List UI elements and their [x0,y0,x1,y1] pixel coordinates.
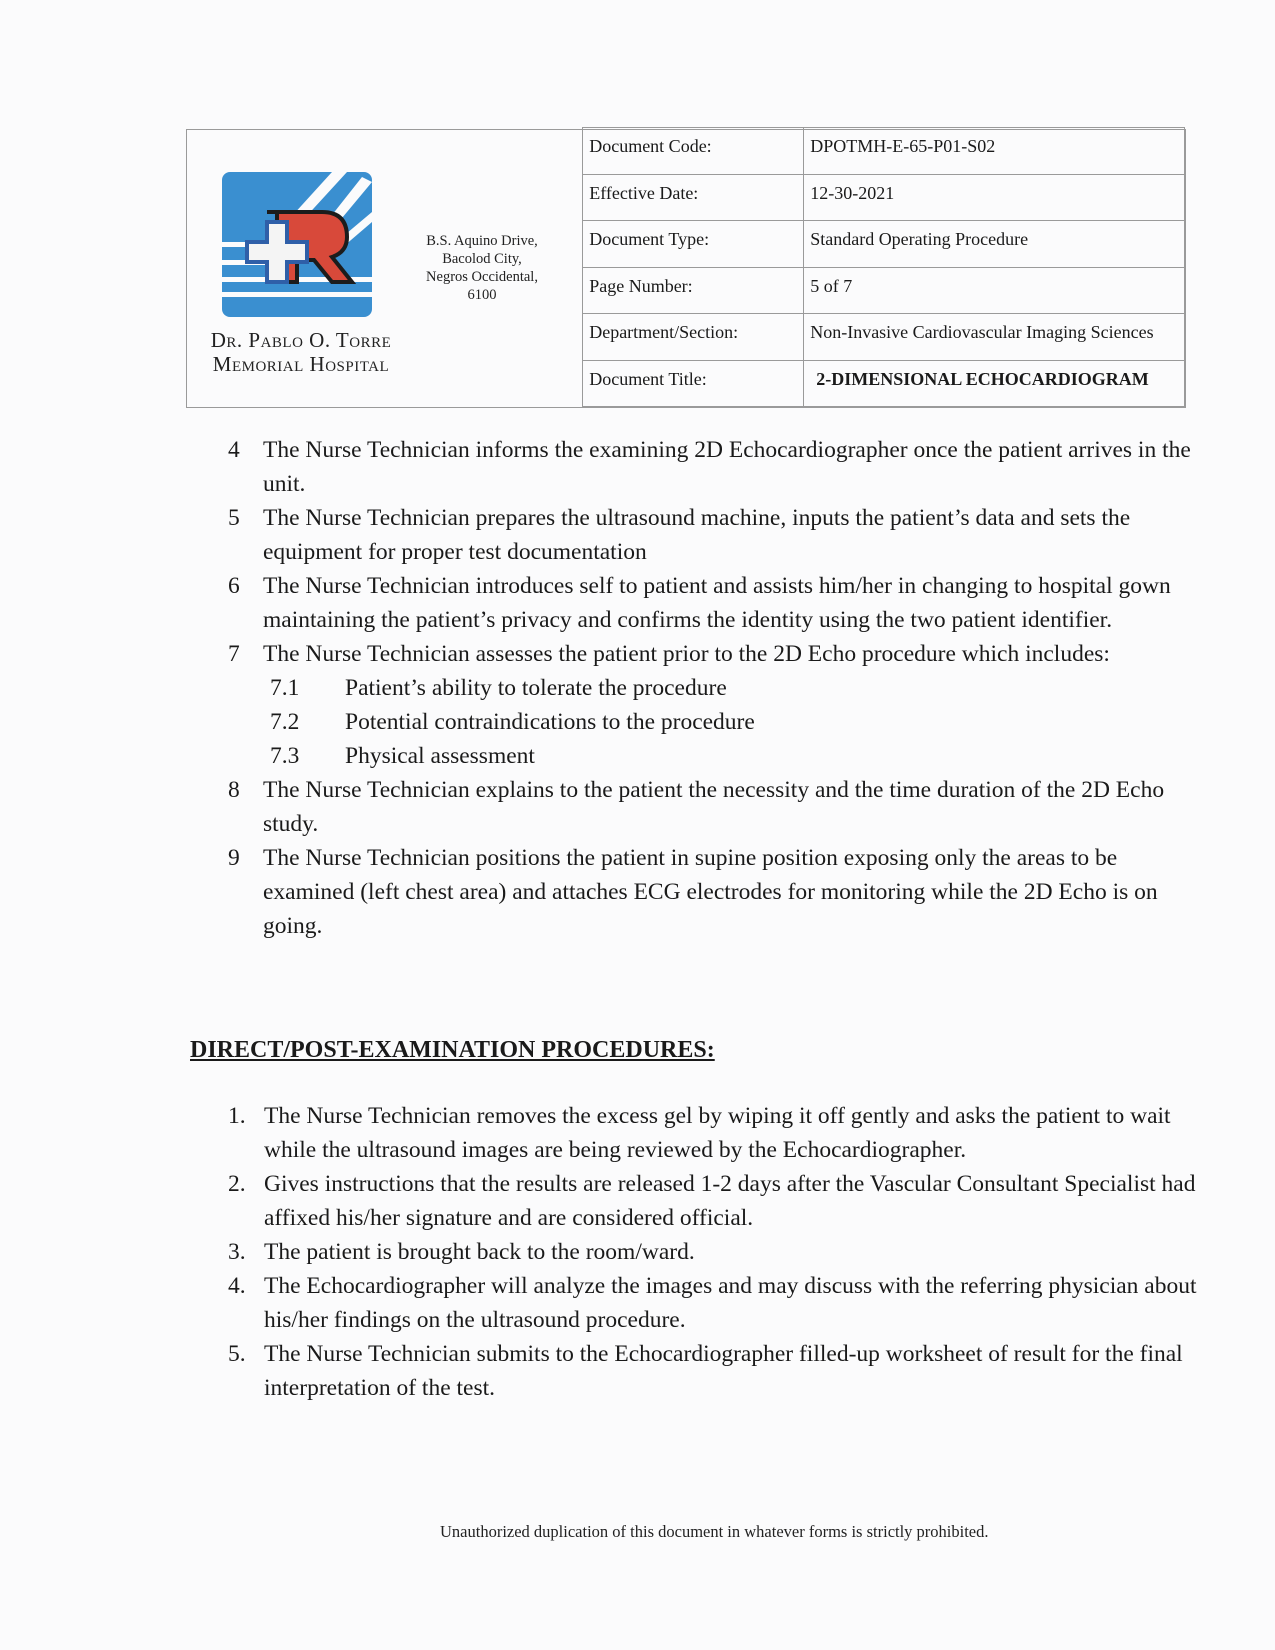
step-number: 4 [228,433,263,501]
hospital-address: B.S. Aquino Drive, Bacolod City, Negros … [412,232,552,308]
step-text: The Nurse Technician positions the patie… [263,841,1198,943]
sub-list-item: 7.2 Potential contraindications to the p… [270,705,1198,739]
meta-row-page: Page Number: 5 of 7 [583,267,1185,314]
step-number: 2. [228,1167,264,1235]
list-item: 5 The Nurse Technician prepares the ultr… [228,501,1198,569]
list-item: 3. The patient is brought back to the ro… [228,1235,1198,1269]
meta-label: Document Code: [583,128,804,175]
substep-number: 7.2 [270,705,345,739]
step-text: The Echocardiographer will analyze the i… [264,1269,1198,1337]
list-item: 1. The Nurse Technician removes the exce… [228,1099,1198,1167]
step-text: The Nurse Technician removes the excess … [264,1099,1198,1167]
meta-label: Effective Date: [583,174,804,221]
step-number: 5 [228,501,263,569]
hospital-name-line2: Memorial Hospital [201,352,401,376]
address-line: B.S. Aquino Drive, [412,232,552,250]
step-text: The Nurse Technician introduces self to … [263,569,1198,637]
address-line: 6100 [412,286,552,304]
meta-value: Non-Invasive Cardiovascular Imaging Scie… [804,314,1185,361]
hospital-logo-icon [222,172,378,322]
meta-value: 5 of 7 [804,267,1185,314]
sub-list-item: 7.3 Physical assessment [270,739,1198,773]
address-line: Bacolod City, [412,250,552,268]
list-item: 9 The Nurse Technician positions the pat… [228,841,1198,943]
step-number: 3. [228,1235,264,1269]
list-item: 6 The Nurse Technician introduces self t… [228,569,1198,637]
sub-list-item: 7.1 Patient’s ability to tolerate the pr… [270,671,1198,705]
list-item: 5. The Nurse Technician submits to the E… [228,1337,1198,1405]
step-text: The Nurse Technician explains to the pat… [263,773,1198,841]
meta-label: Document Title: [583,360,804,407]
step-number: 9 [228,841,263,943]
step-text: The Nurse Technician assesses the patien… [263,637,1198,671]
meta-row-type: Document Type: Standard Operating Proced… [583,221,1185,268]
meta-value: Standard Operating Procedure [804,221,1185,268]
document-header: Dr. Pablo O. Torre Memorial Hospital B.S… [186,129,1186,408]
substep-number: 7.1 [270,671,345,705]
meta-row-date: Effective Date: 12-30-2021 [583,174,1185,221]
step-text: The Nurse Technician submits to the Echo… [264,1337,1198,1405]
step-number: 7 [228,637,263,671]
meta-value: DPOTMH-E-65-P01-S02 [804,128,1185,175]
footer-notice: Unauthorized duplication of this documen… [440,1522,989,1542]
meta-row-code: Document Code: DPOTMH-E-65-P01-S02 [583,128,1185,175]
meta-value: 12-30-2021 [804,174,1185,221]
substep-number: 7.3 [270,739,345,773]
list-item: 4. The Echocardiographer will analyze th… [228,1269,1198,1337]
post-examination-steps: 1. The Nurse Technician removes the exce… [228,1099,1198,1405]
meta-row-title: Document Title: 2-DIMENSIONAL ECHOCARDIO… [583,360,1185,407]
meta-label: Page Number: [583,267,804,314]
hospital-name: Dr. Pablo O. Torre Memorial Hospital [201,328,401,376]
step-number: 8 [228,773,263,841]
document-title: 2-DIMENSIONAL ECHOCARDIOGRAM [804,360,1185,407]
step-number: 1. [228,1099,264,1167]
hospital-name-line1: Dr. Pablo O. Torre [201,328,401,352]
meta-label: Department/Section: [583,314,804,361]
address-line: Negros Occidental, [412,268,552,286]
substep-text: Patient’s ability to tolerate the proced… [345,671,727,705]
document-meta-table: Document Code: DPOTMH-E-65-P01-S02 Effec… [582,127,1185,407]
step-text: The Nurse Technician informs the examini… [263,433,1198,501]
step-text: Gives instructions that the results are … [264,1167,1198,1235]
substep-text: Physical assessment [345,739,535,773]
step-number: 5. [228,1337,264,1405]
hospital-branding: Dr. Pablo O. Torre Memorial Hospital B.S… [187,130,582,407]
list-item: 8 The Nurse Technician explains to the p… [228,773,1198,841]
substep-text: Potential contraindications to the proce… [345,705,755,739]
list-item: 2. Gives instructions that the results a… [228,1167,1198,1235]
step-number: 4. [228,1269,264,1337]
section-heading: DIRECT/POST-EXAMINATION PROCEDURES: [190,1037,715,1064]
step-text: The Nurse Technician prepares the ultras… [263,501,1198,569]
step-number: 6 [228,569,263,637]
procedure-steps: 4 The Nurse Technician informs the exami… [228,433,1198,943]
step-text: The patient is brought back to the room/… [264,1235,1198,1269]
list-item: 4 The Nurse Technician informs the exami… [228,433,1198,501]
meta-row-department: Department/Section: Non-Invasive Cardiov… [583,314,1185,361]
list-item: 7 The Nurse Technician assesses the pati… [228,637,1198,671]
meta-label: Document Type: [583,221,804,268]
